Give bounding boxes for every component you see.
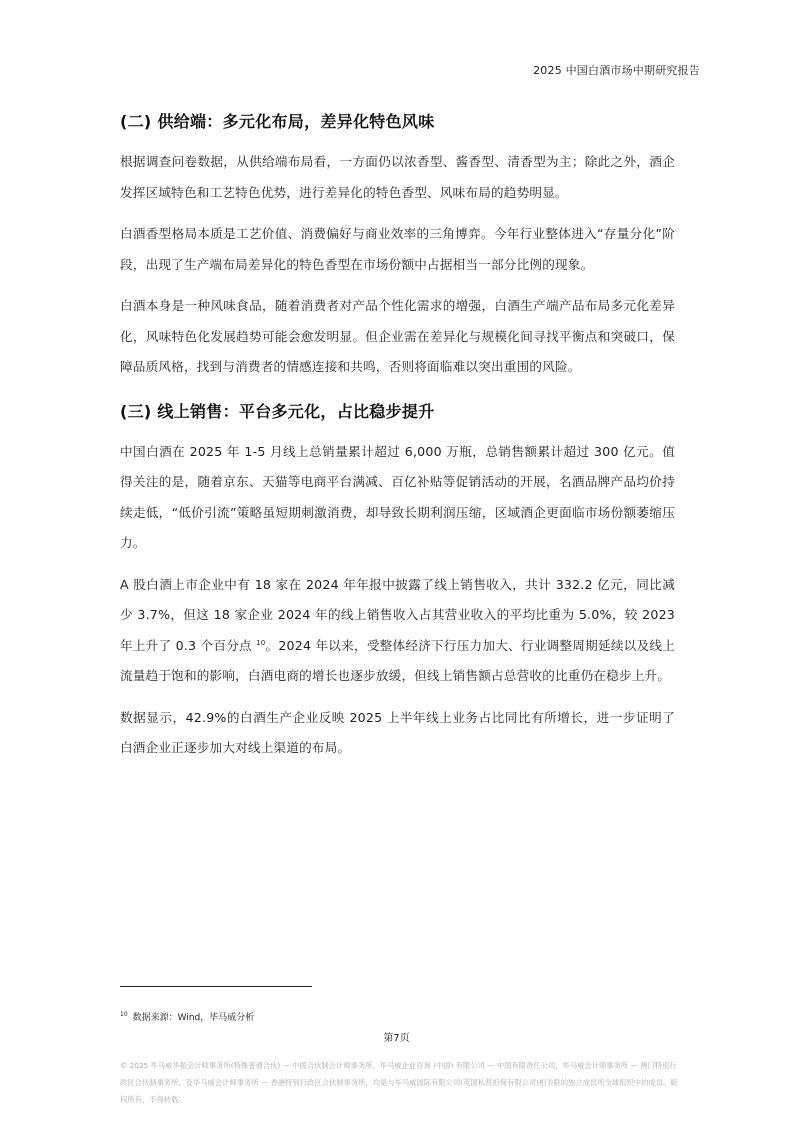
running-header-title: 2025 中国白酒市场中期研究报告: [533, 62, 700, 78]
section-heading: (三) 线上销售：平台多元化，占比稳步提升: [120, 398, 675, 426]
footnote-text: 数据来源：Wind，毕马威分析: [133, 1013, 255, 1023]
paragraph: 中国白酒在 2025 年 1-5 月线上总销量累计超过 6,000 万瓶，总销售…: [120, 437, 675, 559]
paragraph: 白酒香型格局本质是工艺价值、消费偏好与商业效率的三角博弈。今年行业整体进入“存量…: [120, 219, 675, 280]
paragraph: 根据调查问卷数据，从供给端布局看，一方面仍以浓香型、酱香型、清香型为主；除此之外…: [120, 147, 675, 208]
paragraph-with-footnote: A 股白酒上市企业中有 18 家在 2024 年年报中披露了线上销售收入，共计 …: [120, 570, 675, 692]
copyright-notice: © 2025 毕马威华振会计师事务所(特殊普通合伙) — 中国合伙制会计师事务所…: [120, 1057, 680, 1108]
section-online-sales: (三) 线上销售：平台多元化，占比稳步提升 中国白酒在 2025 年 1-5 月…: [120, 398, 675, 764]
footnote-mark: 10: [120, 1011, 128, 1018]
paragraph: 白酒本身是一种风味食品，随着消费者对产品个性化需求的增强，白酒生产端产品布局多元…: [120, 291, 675, 383]
section-supply-side: (二) 供给端：多元化布局，差异化特色风味 根据调查问卷数据，从供给端布局看，一…: [120, 108, 675, 383]
page-number: 第7页: [0, 1029, 793, 1044]
paragraph: 数据显示，42.9%的白酒生产企业反映 2025 上半年线上业务占比同比有所增长…: [120, 703, 675, 764]
document-body: (二) 供给端：多元化布局，差异化特色风味 根据调查问卷数据，从供给端布局看，一…: [120, 108, 675, 775]
footnote-divider: [120, 986, 312, 987]
footnote: 10数据来源：Wind，毕马威分析: [120, 1010, 254, 1023]
section-heading: (二) 供给端：多元化布局，差异化特色风味: [120, 108, 675, 136]
